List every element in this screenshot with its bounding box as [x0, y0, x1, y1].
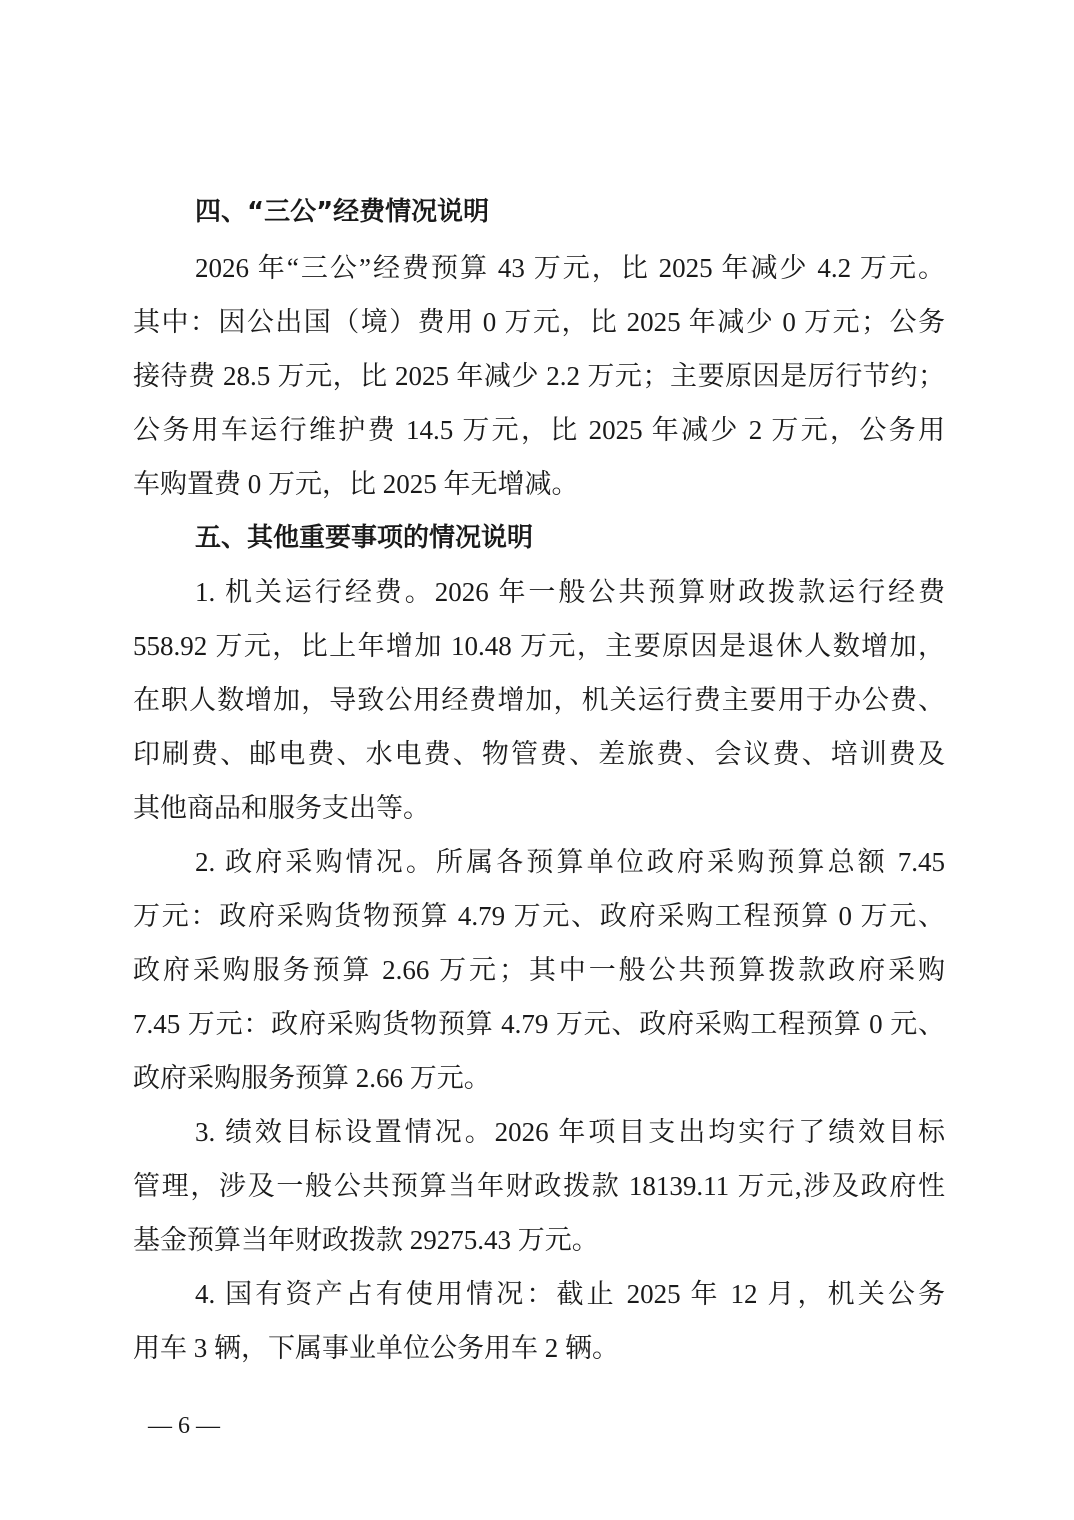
- paragraph-line: 公务用车运行维护费 14.5 万元，比 2025 年减少 2 万元，公务用: [133, 403, 945, 457]
- paragraph-line: 其他商品和服务支出等。: [133, 781, 945, 835]
- section-heading-four: 四、“三公”经费情况说明: [195, 185, 945, 239]
- paragraph-line: 车购置费 0 万元，比 2025 年无增减。: [133, 457, 945, 511]
- paragraph-line: 1. 机关运行经费。2026 年一般公共预算财政拨款运行经费: [195, 565, 945, 619]
- paragraph-line: 印刷费、邮电费、水电费、物管费、差旅费、会议费、培训费及: [133, 727, 945, 781]
- paragraph-line: 管理，涉及一般公共预算当年财政拨款 18139.11 万元,涉及政府性: [133, 1159, 945, 1213]
- paragraph-line: 接待费 28.5 万元，比 2025 年减少 2.2 万元；主要原因是厉行节约；: [133, 349, 945, 403]
- paragraph-line: 政府采购服务预算 2.66 万元。: [133, 1051, 945, 1105]
- section-heading-five: 五、其他重要事项的情况说明: [195, 511, 945, 565]
- paragraph-line: 4. 国有资产占有使用情况：截止 2025 年 12 月，机关公务: [195, 1267, 945, 1321]
- paragraph-line: 政府采购服务预算 2.66 万元；其中一般公共预算拨款政府采购: [133, 943, 945, 997]
- paragraph-line: 其中：因公出国（境）费用 0 万元，比 2025 年减少 0 万元；公务: [133, 295, 945, 349]
- paragraph-line: 在职人数增加，导致公用经费增加，机关运行费主要用于办公费、: [133, 673, 945, 727]
- paragraph-line: 3. 绩效目标设置情况。2026 年项目支出均实行了绩效目标: [195, 1105, 945, 1159]
- paragraph-line: 用车 3 辆，下属事业单位公务用车 2 辆。: [133, 1321, 945, 1375]
- page-number: — 6 —: [148, 1410, 220, 1442]
- paragraph-line: 2026 年“三公”经费预算 43 万元，比 2025 年减少 4.2 万元。: [195, 241, 945, 295]
- document-page: 四、“三公”经费情况说明 2026 年“三公”经费预算 43 万元，比 2025…: [0, 0, 1074, 1520]
- paragraph-line: 558.92 万元，比上年增加 10.48 万元，主要原因是退休人数增加，: [133, 619, 945, 673]
- paragraph-line: 基金预算当年财政拨款 29275.43 万元。: [133, 1213, 945, 1267]
- paragraph-line: 2. 政府采购情况。所属各预算单位政府采购预算总额 7.45: [195, 835, 945, 889]
- paragraph-line: 万元：政府采购货物预算 4.79 万元、政府采购工程预算 0 万元、: [133, 889, 945, 943]
- paragraph-line: 7.45 万元：政府采购货物预算 4.79 万元、政府采购工程预算 0 元、: [133, 997, 945, 1051]
